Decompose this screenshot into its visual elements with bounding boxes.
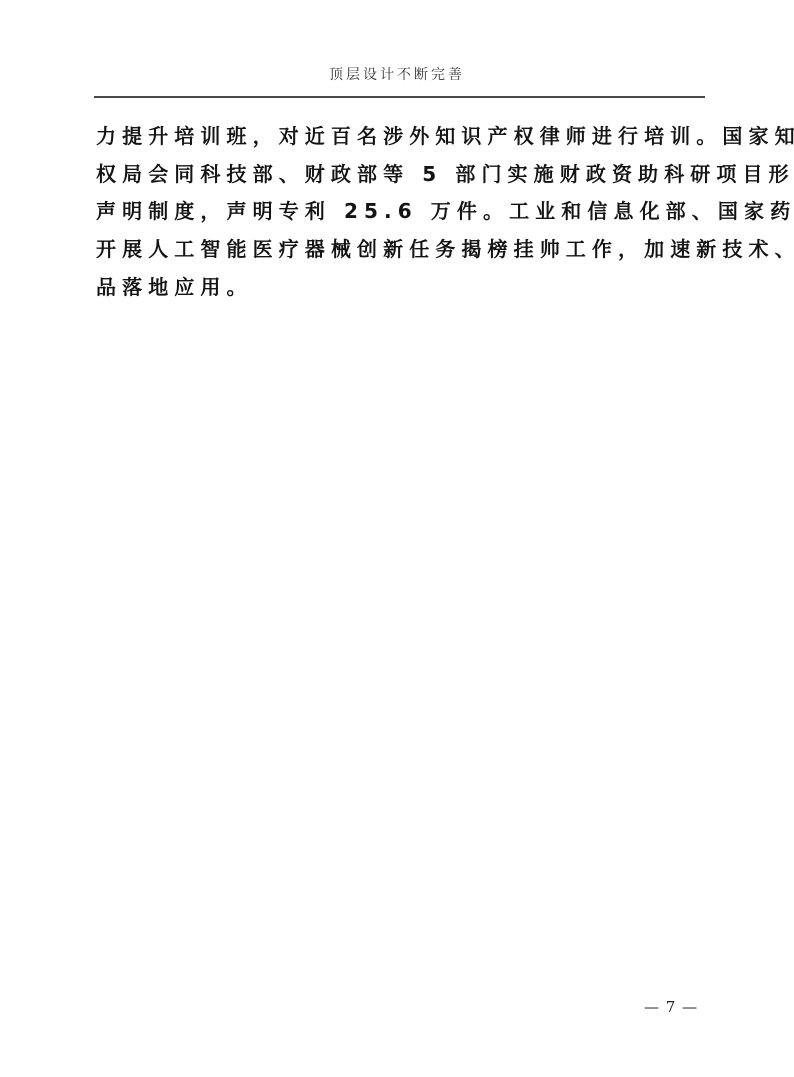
page-number: — 7 — (644, 998, 698, 1016)
paragraph-line: 声明制度，声明专利 25.6 万件。工业和信息化部、国家药监局联合 (96, 193, 700, 231)
header-divider (94, 96, 705, 98)
paragraph-line: 权局会同科技部、财政部等 5 部门实施财政资助科研项目形成专利 (96, 156, 700, 194)
running-header-title: 顶层设计不断完善 (0, 64, 794, 84)
paragraph-line: 力提升培训班，对近百名涉外知识产权律师进行培训。国家知识产 (96, 118, 700, 156)
paragraph-line: 开展人工智能医疗器械创新任务揭榜挂帅工作，加速新技术、新产 (96, 231, 700, 269)
paragraph-line: 品落地应用。 (96, 269, 700, 307)
body-paragraph: 力提升培训班，对近百名涉外知识产权律师进行培训。国家知识产 权局会同科技部、财政… (96, 118, 700, 306)
